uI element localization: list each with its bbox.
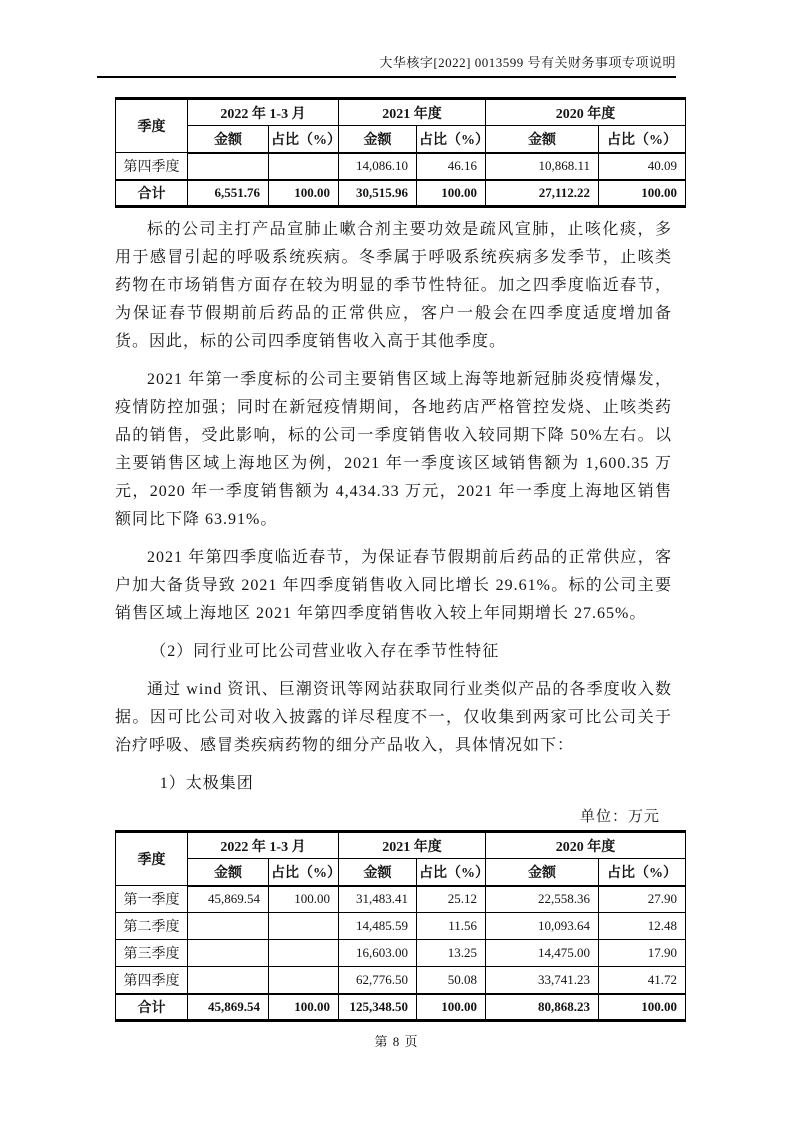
ratio-cell: 100.00 (269, 886, 339, 913)
ratio-cell: 27.90 (599, 886, 686, 913)
total-label: 合计 (116, 180, 188, 207)
amount-cell: 80,868.23 (486, 994, 599, 1021)
amount-cell: 33,741.23 (486, 967, 599, 994)
amount-cell: 22,558.36 (486, 886, 599, 913)
amount-cell: 30,515.96 (339, 180, 417, 207)
table-row: 季度 2022 年 1-3 月 2021 年度 2020 年度 (116, 832, 686, 859)
ratio-header: 占比（%） (417, 859, 486, 886)
body-text-block: 标的公司主打产品宣肺止嗽合剂主要功效是疏风宣肺，止咳化痰，多用于感冒引起的呼吸系… (115, 216, 672, 798)
quarter-label: 第四季度 (116, 153, 188, 180)
table-row: 第四季度 62,776.50 50.08 33,741.23 41.72 (116, 967, 686, 994)
table-row: 第四季度 14,086.10 46.16 10,868.11 40.09 (116, 153, 686, 180)
amount-cell: 45,869.54 (188, 994, 269, 1021)
quarterly-revenue-summary-table: 季度 2022 年 1-3 月 2021 年度 2020 年度 金额 占比（%）… (115, 97, 686, 208)
ratio-cell: 41.72 (599, 967, 686, 994)
ratio-header: 占比（%） (599, 859, 686, 886)
table-row-total: 合计 45,869.54 100.00 125,348.50 100.00 80… (116, 994, 686, 1021)
period-header-2022: 2022 年 1-3 月 (188, 832, 339, 859)
ratio-cell: 100.00 (269, 994, 339, 1021)
amount-cell: 62,776.50 (339, 967, 417, 994)
amount-cell (188, 153, 269, 180)
ratio-header: 占比（%） (417, 126, 486, 153)
subsection-heading-taiji: 1）太极集团 (115, 770, 672, 798)
ratio-cell: 100.00 (599, 180, 686, 207)
ratio-header: 占比（%） (599, 126, 686, 153)
paragraph: 标的公司主打产品宣肺止嗽合剂主要功效是疏风宣肺，止咳化痰，多用于感冒引起的呼吸系… (115, 216, 672, 356)
period-header-2021: 2021 年度 (339, 99, 486, 126)
total-label: 合计 (116, 994, 188, 1021)
amount-cell (188, 967, 269, 994)
amount-cell: 10,093.64 (486, 913, 599, 940)
ratio-cell: 13.25 (417, 940, 486, 967)
paragraph: 2021 年第一季度标的公司主要销售区域上海等地新冠肺炎疫情爆发，疫情防控加强；… (115, 366, 672, 534)
ratio-cell: 100.00 (599, 994, 686, 1021)
amount-cell (188, 940, 269, 967)
amount-cell: 14,485.59 (339, 913, 417, 940)
period-header-2020: 2020 年度 (486, 99, 686, 126)
amount-cell: 14,475.00 (486, 940, 599, 967)
amount-header: 金额 (188, 126, 269, 153)
page-number: 第 8 页 (0, 1031, 793, 1050)
amount-cell: 125,348.50 (339, 994, 417, 1021)
doc-reference: 大华核字[2022] 0013599 号有关财务事项专项说明 (379, 55, 676, 70)
table-row-total: 合计 6,551.76 100.00 30,515.96 100.00 27,1… (116, 180, 686, 207)
ratio-cell: 11.56 (417, 913, 486, 940)
amount-cell: 6,551.76 (188, 180, 269, 207)
ratio-cell (269, 940, 339, 967)
amount-header: 金额 (188, 859, 269, 886)
section-heading: （2）同行业可比公司营业收入存在季节性特征 (115, 638, 672, 666)
document-page: 大华核字[2022] 0013599 号有关财务事项专项说明 季度 2022 年… (0, 0, 793, 1122)
amount-cell (188, 913, 269, 940)
ratio-cell: 100.00 (417, 180, 486, 207)
amount-header: 金额 (339, 126, 417, 153)
table-row: 金额 占比（%） 金额 占比（%） 金额 占比（%） (116, 859, 686, 886)
ratio-cell (269, 913, 339, 940)
quarter-label: 第一季度 (116, 886, 188, 913)
period-header-2022: 2022 年 1-3 月 (188, 99, 339, 126)
ratio-cell: 50.08 (417, 967, 486, 994)
amount-cell: 31,483.41 (339, 886, 417, 913)
ratio-cell: 25.12 (417, 886, 486, 913)
quarter-label: 第二季度 (116, 913, 188, 940)
ratio-cell: 100.00 (417, 994, 486, 1021)
amount-cell: 10,868.11 (486, 153, 599, 180)
table-row: 第三季度 16,603.00 13.25 14,475.00 17.90 (116, 940, 686, 967)
quarter-label: 第三季度 (116, 940, 188, 967)
ratio-header: 占比（%） (269, 126, 339, 153)
amount-cell: 27,112.22 (486, 180, 599, 207)
ratio-cell (269, 967, 339, 994)
amount-cell: 14,086.10 (339, 153, 417, 180)
amount-cell: 45,869.54 (188, 886, 269, 913)
amount-header: 金额 (486, 859, 599, 886)
ratio-cell: 17.90 (599, 940, 686, 967)
period-header-2020: 2020 年度 (486, 832, 686, 859)
ratio-cell: 46.16 (417, 153, 486, 180)
quarter-label: 第四季度 (116, 967, 188, 994)
paragraph: 通过 wind 资讯、巨潮资讯等网站获取同行业类似产品的各季度收入数据。因可比公… (115, 676, 672, 760)
table-row: 金额 占比（%） 金额 占比（%） 金额 占比（%） (116, 126, 686, 153)
quarter-column-header: 季度 (116, 99, 188, 153)
ratio-cell (269, 153, 339, 180)
ratio-cell: 12.48 (599, 913, 686, 940)
table-row: 第二季度 14,485.59 11.56 10,093.64 12.48 (116, 913, 686, 940)
taiji-group-quarterly-table: 季度 2022 年 1-3 月 2021 年度 2020 年度 金额 占比（%）… (115, 830, 686, 1022)
period-header-2021: 2021 年度 (339, 832, 486, 859)
unit-label: 单位：万元 (97, 805, 676, 826)
ratio-cell: 40.09 (599, 153, 686, 180)
amount-cell: 16,603.00 (339, 940, 417, 967)
amount-header: 金额 (486, 126, 599, 153)
ratio-header: 占比（%） (269, 859, 339, 886)
paragraph: 2021 年第四季度临近春节，为保证春节假期前后药品的正常供应，客户加大备货导致… (115, 544, 672, 628)
ratio-cell: 100.00 (269, 180, 339, 207)
quarter-column-header: 季度 (116, 832, 188, 886)
table-row: 季度 2022 年 1-3 月 2021 年度 2020 年度 (116, 99, 686, 126)
running-header: 大华核字[2022] 0013599 号有关财务事项专项说明 (97, 0, 676, 78)
amount-header: 金额 (339, 859, 417, 886)
table-row: 第一季度 45,869.54 100.00 31,483.41 25.12 22… (116, 886, 686, 913)
